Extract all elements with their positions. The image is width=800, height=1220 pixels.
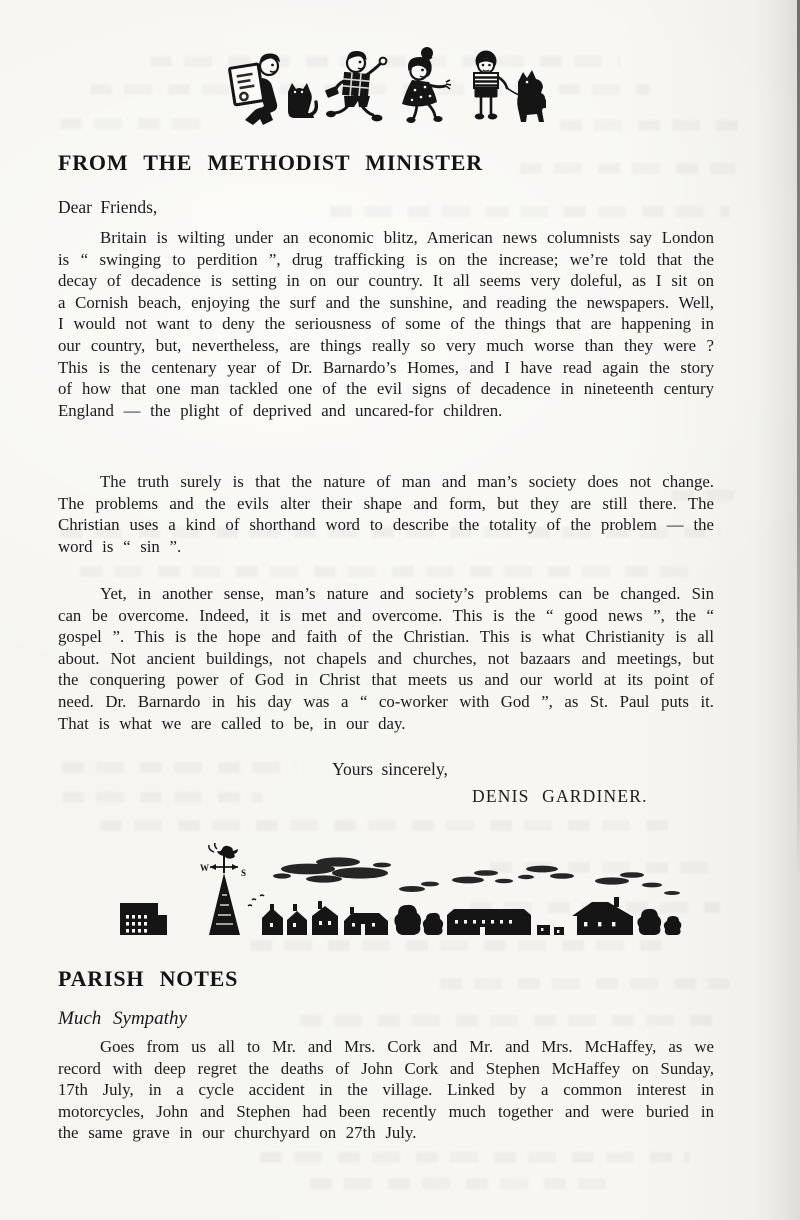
- right-trees: [637, 909, 681, 935]
- magazine-page: FROM THE METHODIST MINISTER Dear Friends…: [0, 0, 800, 1220]
- smoke-clouds: [273, 857, 680, 895]
- bleedthrough-smudge: [300, 1015, 720, 1026]
- dog-figure: [517, 70, 546, 122]
- bleedthrough-smudge: [520, 163, 735, 174]
- sheds: [537, 925, 564, 935]
- village-skyline-illustration: W S: [112, 843, 692, 943]
- letter-heading: FROM THE METHODIST MINISTER: [58, 150, 483, 176]
- letter-closing: Yours sincerely,: [0, 759, 780, 780]
- factory-building: [120, 903, 167, 935]
- children-playing-illustration: [222, 40, 546, 134]
- letter-paragraph-1: Britain is wilting under an economic bli…: [58, 227, 714, 421]
- boy-reading-figure: [229, 53, 280, 125]
- bleedthrough-smudge: [310, 1178, 610, 1189]
- letter-paragraph-3: Yet, in another sense, man’s nature and …: [58, 583, 714, 734]
- bleedthrough-smudge: [260, 1152, 690, 1163]
- running-boy-figure: [325, 51, 386, 121]
- letter-signature: DENIS GARDINER.: [472, 786, 648, 807]
- boy-with-dog-figure: [474, 51, 519, 120]
- parish-notes-subheading: Much Sympathy: [58, 1008, 187, 1030]
- bleedthrough-smudge: [80, 566, 700, 577]
- bleedthrough-smudge: [560, 120, 740, 131]
- weathervane: W S: [200, 843, 246, 878]
- birds: [248, 895, 264, 906]
- letter-paragraph-2: The truth surely is that the nature of m…: [58, 471, 714, 557]
- bleedthrough-smudge: [330, 206, 730, 217]
- parish-notes-heading: PARISH NOTES: [58, 966, 238, 992]
- bleedthrough-smudge: [60, 118, 210, 129]
- cottage-row-left: [262, 904, 307, 935]
- weathervane-letter-west: W: [200, 863, 209, 873]
- bleedthrough-smudge: [62, 792, 262, 803]
- bleedthrough-smudge: [440, 978, 730, 989]
- bleedthrough-smudge: [100, 820, 680, 831]
- church-spire: [209, 873, 240, 935]
- cottage-row-mid: [312, 901, 388, 935]
- girl-with-ball-figure: [402, 47, 451, 123]
- cat-figure: [288, 83, 316, 118]
- right-cottage: [572, 897, 633, 935]
- dog-leash: [507, 88, 519, 95]
- scan-gutter-shading: [754, 0, 800, 1220]
- letter-salutation: Dear Friends,: [58, 197, 157, 218]
- trees-mid: [394, 905, 443, 935]
- long-building: [447, 909, 531, 935]
- parish-notes-paragraph: Goes from us all to Mr. and Mrs. Cork an…: [58, 1036, 714, 1144]
- weathervane-letter-south: S: [241, 868, 246, 878]
